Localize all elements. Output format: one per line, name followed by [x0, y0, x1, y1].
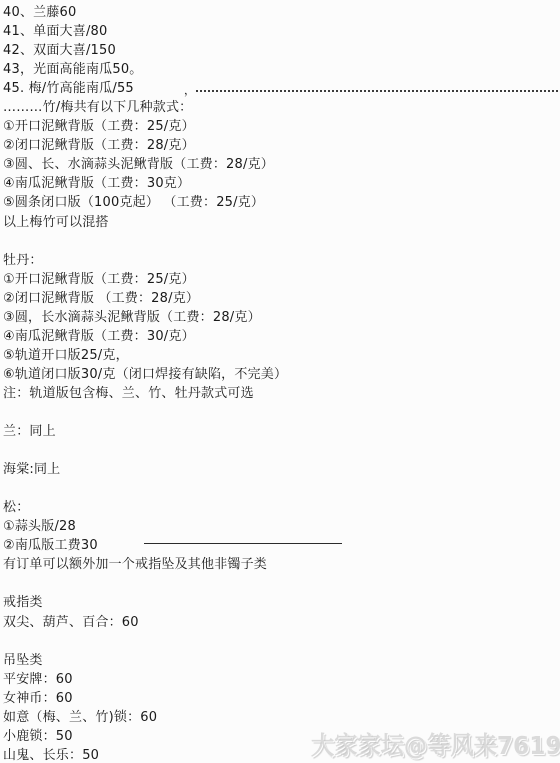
- doc-line-text: 41、单面大喜/80: [3, 20, 107, 39]
- doc-line: ①蒜头版/28: [3, 515, 560, 534]
- doc-line-text: ④南瓜泥鳅背版（工费：30/克）: [3, 325, 195, 344]
- doc-line: 吊坠类: [3, 649, 560, 668]
- doc-line-text: 有订单可以额外加一个戒指坠及其他非镯子类: [3, 553, 267, 572]
- doc-line-text: ①蒜头版/28: [3, 515, 76, 534]
- doc-line: 如意（梅、兰、竹)锁：60: [3, 706, 560, 725]
- doc-line-text: 松：: [3, 496, 29, 515]
- doc-line-text: 小鹿锁：50: [3, 725, 73, 744]
- doc-line-text: 海棠:同上: [3, 458, 60, 477]
- doc-line-text: ②闭口泥鳅背版（工费：28/克）: [3, 134, 195, 153]
- doc-line-text: 戒指类: [3, 591, 43, 610]
- doc-line: 45. 梅/竹高能南瓜/55，: [3, 77, 560, 96]
- doc-line: 42、双面大喜/150: [3, 39, 560, 58]
- doc-line-text: ④南瓜泥鳅背版（工费：30克）: [3, 172, 190, 191]
- doc-line: ①开口泥鳅背版（工费：25/克）: [3, 115, 560, 134]
- doc-line: 40、兰藤60: [3, 1, 560, 20]
- doc-line: ④南瓜泥鳅背版（工费：30/克）: [3, 325, 560, 344]
- doc-line: 以上梅竹可以混搭: [3, 211, 560, 230]
- doc-line: 双尖、葫芦、百合：60: [3, 611, 560, 630]
- doc-line-text: ②南瓜版工费30: [3, 534, 98, 553]
- doc-line: 海棠:同上: [3, 458, 560, 477]
- doc-line-text: ③圆，长水滴蒜头泥鳅背版（工费：28/克）: [3, 306, 261, 325]
- doc-line: 山鬼、长乐：50: [3, 744, 560, 763]
- doc-blank-line: [3, 630, 560, 649]
- doc-line: 牡丹：: [3, 249, 560, 268]
- doc-line-text: ②闭口泥鳅背版 （工费：28/克）: [3, 287, 199, 306]
- doc-line-text: 40、兰藤60: [3, 1, 76, 20]
- doc-line-text: 42、双面大喜/150: [3, 39, 116, 58]
- doc-line-text: 兰：同上: [3, 420, 56, 439]
- document-body: 40、兰藤6041、单面大喜/8042、双面大喜/15043，光面高能南瓜50。…: [3, 0, 560, 763]
- doc-blank-line: [3, 401, 560, 420]
- doc-line: ②闭口泥鳅背版（工费：28/克）: [3, 134, 560, 153]
- doc-line-text: 牡丹：: [3, 249, 43, 268]
- doc-line: ③圆、长、水滴蒜头泥鳅背版（工费：28/克）: [3, 153, 560, 172]
- doc-line-text: ⑥轨道闭口版30/克（闭口焊接有缺陷，不完美）: [3, 363, 287, 382]
- doc-line-text: 43，光面高能南瓜50。: [3, 58, 142, 77]
- doc-line: ⑤圆条闭口版（100克起） （工费：25/克）: [3, 191, 560, 210]
- doc-line-text: 注：轨道版包含梅、兰、竹、牡丹款式可选: [3, 382, 254, 401]
- doc-blank-line: [3, 439, 560, 458]
- doc-line-text: 平安牌：60: [3, 668, 73, 687]
- doc-line-text: ①开口泥鳅背版（工费：25/克）: [3, 268, 195, 287]
- doc-line-text: 双尖、葫芦、百合：60: [3, 611, 139, 630]
- doc-line: 有订单可以额外加一个戒指坠及其他非镯子类: [3, 553, 560, 572]
- dotted-leader-rule: [196, 90, 558, 92]
- horizontal-dash-rule: [144, 543, 342, 544]
- doc-line: ⑤轨道开口版25/克，: [3, 344, 560, 363]
- doc-blank-line: [3, 230, 560, 249]
- document-page: 40、兰藤6041、单面大喜/8042、双面大喜/15043，光面高能南瓜50。…: [0, 0, 560, 763]
- leader-comma: ，: [184, 81, 196, 98]
- doc-blank-line: [3, 572, 560, 591]
- doc-line: 松：: [3, 496, 560, 515]
- doc-line: 女神币：60: [3, 687, 560, 706]
- doc-line: ②南瓜版工费30: [3, 534, 560, 553]
- doc-line-text: 以上梅竹可以混搭: [3, 211, 109, 230]
- doc-line-text: 女神币：60: [3, 687, 73, 706]
- doc-blank-line: [3, 477, 560, 496]
- doc-line: ③圆，长水滴蒜头泥鳅背版（工费：28/克）: [3, 306, 560, 325]
- doc-line: ②闭口泥鳅背版 （工费：28/克）: [3, 287, 560, 306]
- doc-line-text: ………竹/梅共有以下几种款式：: [3, 96, 192, 115]
- doc-line-text: 如意（梅、兰、竹)锁：60: [3, 706, 157, 725]
- doc-line: 43，光面高能南瓜50。: [3, 58, 560, 77]
- doc-line-text: ③圆、长、水滴蒜头泥鳅背版（工费：28/克）: [3, 153, 274, 172]
- doc-line-text: ⑤轨道开口版25/克，: [3, 344, 129, 363]
- doc-line: ………竹/梅共有以下几种款式：: [3, 96, 560, 115]
- doc-line-text: 吊坠类: [3, 649, 43, 668]
- doc-line: ⑥轨道闭口版30/克（闭口焊接有缺陷，不完美）: [3, 363, 560, 382]
- doc-line-text: ①开口泥鳅背版（工费：25/克）: [3, 115, 195, 134]
- doc-line: ④南瓜泥鳅背版（工费：30克）: [3, 172, 560, 191]
- doc-line-text: 45. 梅/竹高能南瓜/55: [3, 77, 134, 96]
- doc-line: 41、单面大喜/80: [3, 20, 560, 39]
- doc-line: 平安牌：60: [3, 668, 560, 687]
- doc-line-text: 山鬼、长乐：50: [3, 744, 99, 763]
- doc-line: 兰：同上: [3, 420, 560, 439]
- doc-line: 戒指类: [3, 591, 560, 610]
- doc-line: 小鹿锁：50: [3, 725, 560, 744]
- doc-line: 注：轨道版包含梅、兰、竹、牡丹款式可选: [3, 382, 560, 401]
- doc-line-text: ⑤圆条闭口版（100克起） （工费：25/克）: [3, 191, 264, 210]
- doc-line: ①开口泥鳅背版（工费：25/克）: [3, 268, 560, 287]
